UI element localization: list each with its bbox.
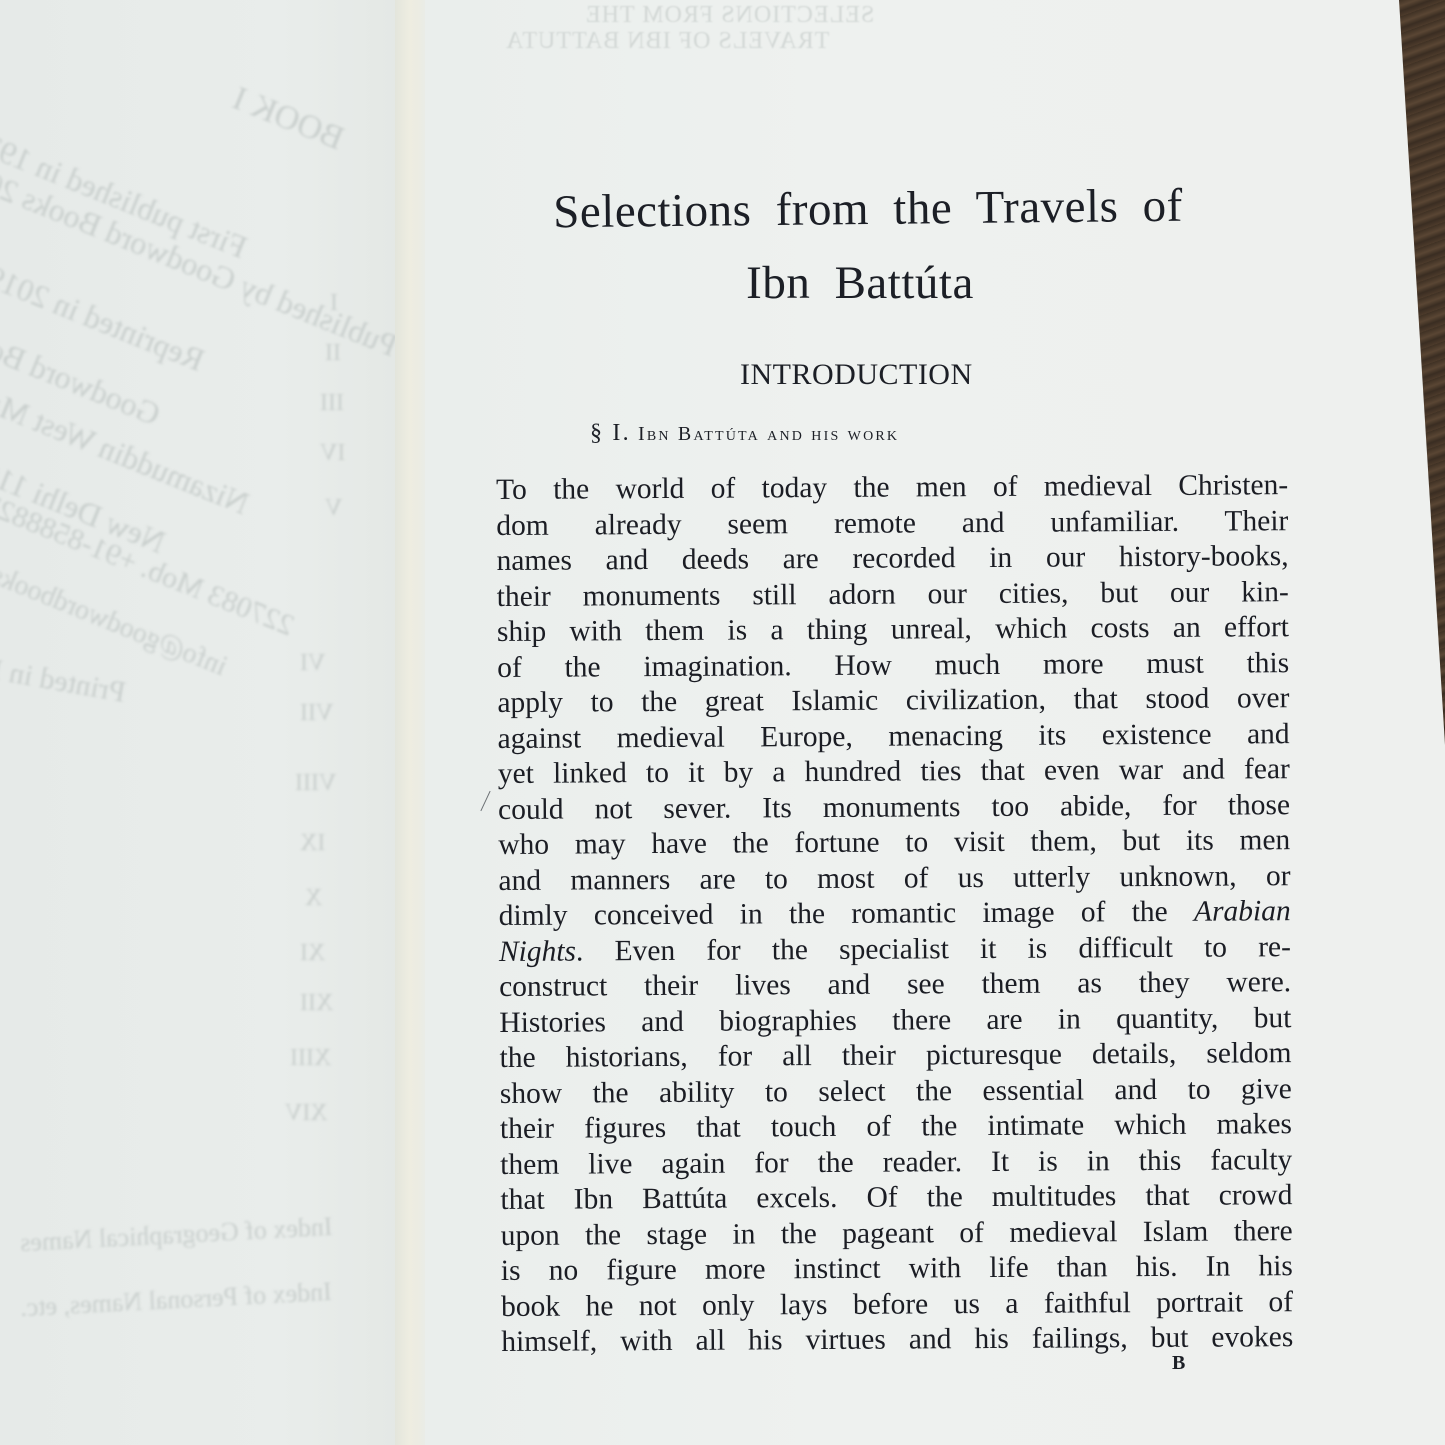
show-through-text: Index of Personal Names, etc. xyxy=(19,1277,332,1323)
text-segment: dimly conceived in the romantic image of… xyxy=(499,896,1168,932)
show-through-numeral: IV xyxy=(320,440,345,467)
text-line: that Ibn Battúta excels. Of the multitud… xyxy=(500,1178,1292,1218)
text-line: them live again for the reader. It is in… xyxy=(500,1143,1292,1183)
text-line: is no figure more instinct with life tha… xyxy=(501,1249,1293,1289)
text-line: their figures that touch of the intimate… xyxy=(500,1107,1292,1147)
text-line: against medieval Europe, menacing its ex… xyxy=(498,717,1290,757)
text-line: apply to the great Islamic civilization,… xyxy=(497,681,1289,721)
show-through-numeral: V xyxy=(325,495,342,522)
show-through-numeral: VI xyxy=(300,650,325,677)
section-number: § I. xyxy=(590,420,631,446)
show-through-numeral: VIII xyxy=(295,770,336,797)
show-through-text: Index of Geographical Names xyxy=(19,1212,333,1258)
show-through-text: Printed in India xyxy=(0,644,128,710)
text-line: book he not only lays before us a faithf… xyxy=(501,1285,1293,1325)
show-through-text: BOOK I xyxy=(227,80,349,159)
text-line: of the imagination. How much more must t… xyxy=(497,646,1289,686)
book-title-line-2: Ibn Battúta xyxy=(480,256,1240,310)
show-through-numeral: XIV xyxy=(285,1100,328,1127)
show-through-numeral: VII xyxy=(300,700,333,727)
chapter-heading: INTRODUCTION xyxy=(740,358,973,392)
text-line: names and deeds are recorded in our hist… xyxy=(496,539,1288,579)
text-line: Nights. Even for the specialist it is di… xyxy=(499,930,1291,970)
left-page: BOOK I First published in 1929 Published… xyxy=(0,0,400,1445)
show-through-numeral: X xyxy=(305,885,322,912)
text-line: dom already seem remote and unfamiliar. … xyxy=(496,504,1288,544)
text-line: To the world of today the men of medieva… xyxy=(496,468,1288,508)
section-heading: § I. Ibn Battúta and his work xyxy=(590,420,899,447)
text-line: Histories and biographies there are in q… xyxy=(499,1001,1291,1041)
show-through-numeral: III xyxy=(320,390,344,417)
body-paragraph: To the world of today the men of medieva… xyxy=(496,468,1293,1360)
show-through-numeral: IX xyxy=(300,830,325,857)
section-title: Ibn Battúta and his work xyxy=(638,423,899,445)
signature-mark: B xyxy=(1172,1352,1185,1375)
text-line: dimly conceived in the romantic image of… xyxy=(499,894,1291,934)
show-through-numeral: XIII xyxy=(290,1045,331,1072)
book-title-line-1: Selections from the Travels of xyxy=(488,178,1249,240)
text-line: ship with them is a thing unreal, which … xyxy=(497,610,1289,650)
show-through-numeral: XI xyxy=(300,940,325,967)
text-line: the historians, for all their picturesqu… xyxy=(499,1036,1291,1076)
show-through-header: SELECTIONS FROM THE xyxy=(585,2,874,29)
italic-title: Arabian xyxy=(1194,895,1291,928)
text-line: show the ability to select the essential… xyxy=(500,1072,1292,1112)
text-line: construct their lives and see them as th… xyxy=(499,965,1291,1005)
text-line: could not sever. Its monuments too abide… xyxy=(498,788,1290,828)
text-segment: . Even for the specialist it is difficul… xyxy=(576,931,1291,967)
show-through-numeral: II xyxy=(325,340,341,367)
show-through-header: TRAVELS OF IBN BATTUTA xyxy=(505,28,829,55)
show-through-numeral: I xyxy=(330,290,338,317)
text-line: and manners are to most of us utterly un… xyxy=(498,859,1290,899)
book-gutter xyxy=(395,0,427,1445)
text-line: yet linked to it by a hundred ties that … xyxy=(498,752,1290,792)
text-line: upon the stage in the pageant of medieva… xyxy=(501,1214,1293,1254)
text-line: who may have the fortune to visit them, … xyxy=(498,823,1290,863)
show-through-numeral: XII xyxy=(300,990,333,1017)
italic-title: Nights xyxy=(499,935,576,967)
text-line: their monuments still adorn our cities, … xyxy=(497,575,1289,615)
